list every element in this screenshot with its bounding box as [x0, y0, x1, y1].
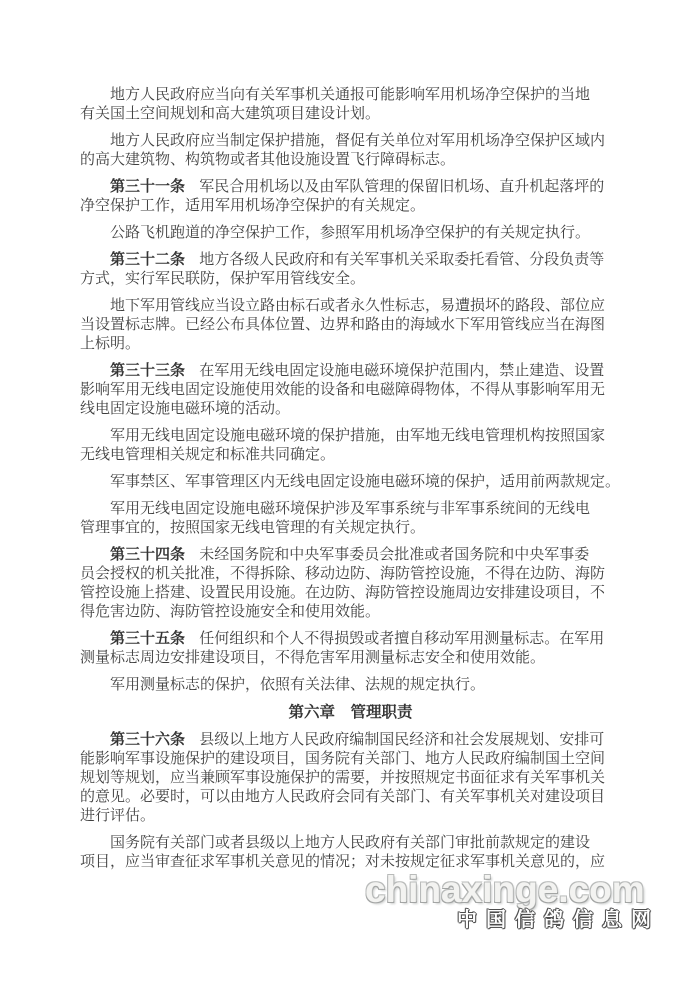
paragraph: 地方人民政府应当制定保护措施，督促有关单位对军用机场净空保护区域内 的高大建筑物… — [80, 132, 621, 170]
paragraph: 国务院有关部门或者县级以上地方人民政府有关部门审批前款规定的建设 项目，应当审查… — [80, 834, 621, 872]
watermark-site-url: chinaxinge.com — [365, 871, 645, 908]
article-number: 第三十四条 — [110, 547, 185, 563]
paragraph-text: 地下军用管线应当设立路由标石或者永久性标志，易遭损坏的路段、部位应 当设置标志牌… — [80, 298, 605, 352]
paragraph: 军用无线电固定设施电磁环境保护涉及军事系统与非军事系统间的无线电 管理事宜的，按… — [80, 500, 621, 538]
paragraph-text: 军用无线电固定设施电磁环境的保护措施，由军地无线电管理机构按照国家 无线电管理相… — [80, 428, 605, 463]
paragraph-text: 军用测量标志的保护，依照有关法律、法规的规定执行。 — [110, 677, 485, 693]
paragraph: 第三十五条任何组织和个人不得损毁或者擅自移动军用测量标志。在军用 测量标志周边安… — [80, 630, 621, 668]
article-number: 第三十三条 — [110, 363, 185, 379]
paragraph: 第三十六条县级以上地方人民政府编制国民经济和社会发展规划、安排可 能影响军事设施… — [80, 731, 621, 826]
paragraph: 第三十四条未经国务院和中央军事委员会批准或者国务院和中央军事委 员会授权的机关批… — [80, 546, 621, 622]
watermark-site-name: 中国信鸽信息网 — [457, 907, 660, 933]
paragraph-text: 国务院有关部门或者县级以上地方人民政府有关部门审批前款规定的建设 项目，应当审查… — [80, 835, 605, 870]
paragraph-text: 军事禁区、军事管理区内无线电固定设施电磁环境的保护，适用前两款规定。 — [110, 474, 620, 490]
paragraph: 第三十二条地方各级人民政府和有关军事机关采取委托看管、分段负责等 方式，实行军民… — [80, 251, 621, 289]
article-number: 第三十二条 — [110, 252, 185, 268]
paragraph: 地下军用管线应当设立路由标石或者永久性标志，易遭损坏的路段、部位应 当设置标志牌… — [80, 297, 621, 354]
paragraph-text: 军用无线电固定设施电磁环境保护涉及军事系统与非军事系统间的无线电 管理事宜的，按… — [80, 501, 590, 536]
paragraph: 军用无线电固定设施电磁环境的保护措施，由军地无线电管理机构按照国家 无线电管理相… — [80, 427, 621, 465]
paragraph: 军用测量标志的保护，依照有关法律、法规的规定执行。 — [80, 676, 621, 695]
paragraph-text: 地方人民政府应当制定保护措施，督促有关单位对军用机场净空保护区域内 的高大建筑物… — [80, 133, 605, 168]
paragraph-text: 公路飞机跑道的净空保护工作，参照军用机场净空保护的有关规定执行。 — [110, 225, 590, 241]
article-number: 第三十一条 — [110, 179, 185, 195]
paragraph: 第三十一条军民合用机场以及由军队管理的保留旧机场、直升机起落坪的 净空保护工作，… — [80, 178, 621, 216]
document-page: 地方人民政府应当向有关军事机关通报可能影响军用机场净空保护的当地 有关国土空间规… — [0, 0, 700, 990]
chapter-heading: 第六章 管理职责 — [80, 703, 621, 722]
document-body: 地方人民政府应当向有关军事机关通报可能影响军用机场净空保护的当地 有关国土空间规… — [80, 86, 621, 880]
paragraph: 公路飞机跑道的净空保护工作，参照军用机场净空保护的有关规定执行。 — [80, 224, 621, 243]
paragraph: 军事禁区、军事管理区内无线电固定设施电磁环境的保护，适用前两款规定。 — [80, 473, 621, 492]
article-number: 第三十五条 — [110, 631, 185, 647]
paragraph-text: 地方人民政府应当向有关军事机关通报可能影响军用机场净空保护的当地 有关国土空间规… — [80, 87, 590, 122]
paragraph: 第三十三条在军用无线电固定设施电磁环境保护范围内，禁止建造、设置 影响军用无线电… — [80, 362, 621, 419]
article-number: 第三十六条 — [110, 732, 185, 748]
paragraph: 地方人民政府应当向有关军事机关通报可能影响军用机场净空保护的当地 有关国土空间规… — [80, 86, 621, 124]
